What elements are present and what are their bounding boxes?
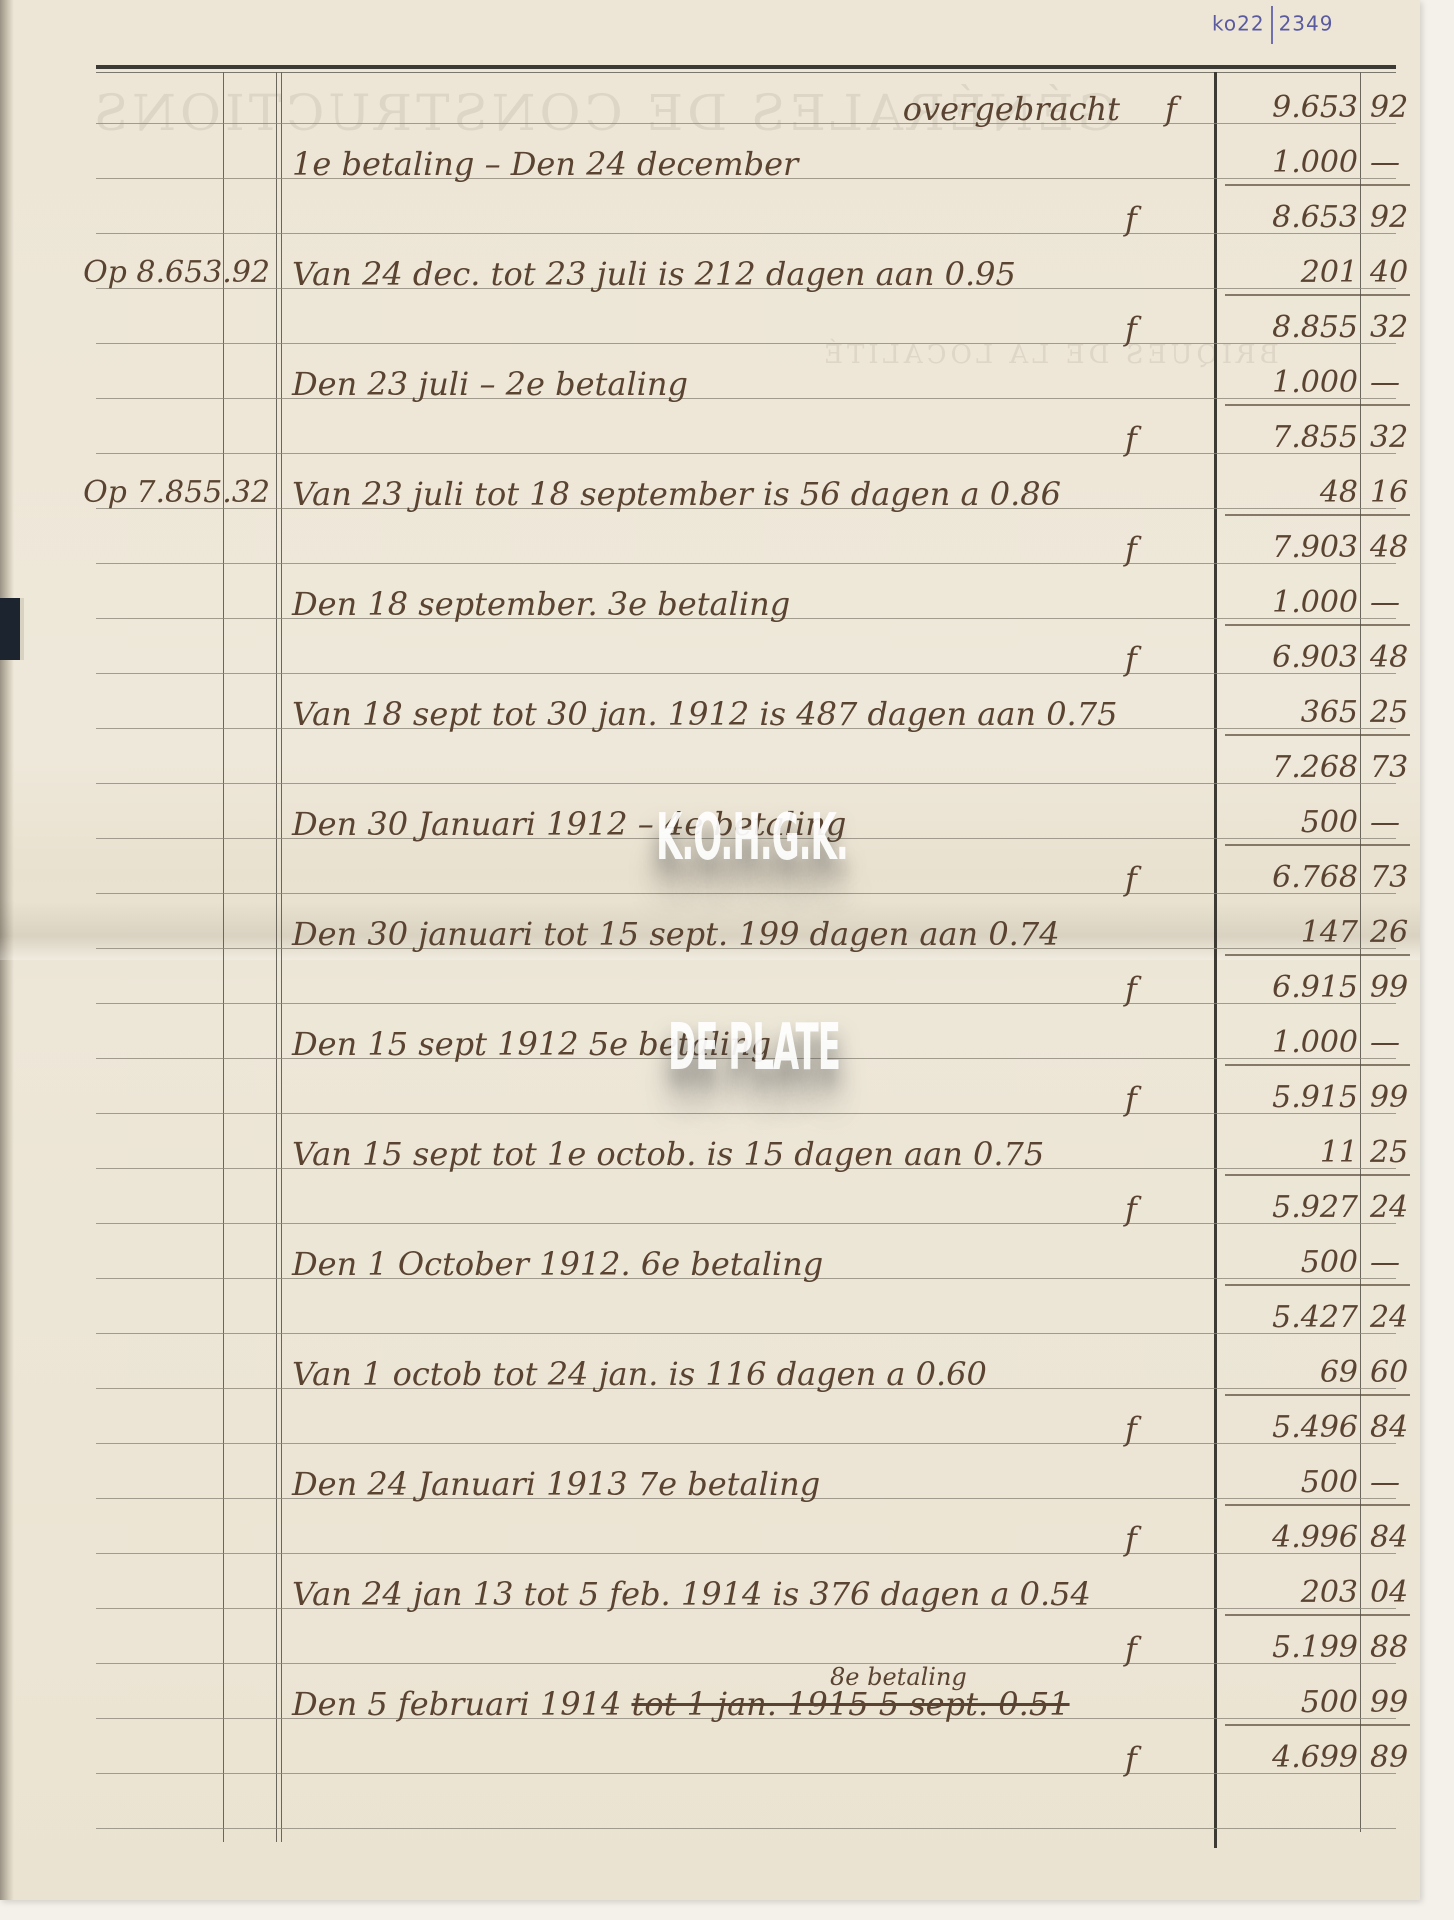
ledger-row-payment: Den 24 Januari 1913 7e betaling 500 —: [0, 1465, 1420, 1519]
amount-cents: 84: [1370, 1520, 1420, 1555]
amount-guilders: 1.000: [1218, 1025, 1358, 1060]
amount-cents: 25: [1370, 695, 1420, 730]
guilder-symbol: f: [1125, 200, 1137, 238]
ledger-row-subtotal: f 6.903 48: [0, 640, 1420, 694]
amount-cents: 26: [1370, 915, 1420, 950]
row-description-text: Den 5 februari 1914: [292, 1685, 621, 1723]
row-description: Van 24 jan 13 tot 5 feb. 1914 is 376 dag…: [292, 1575, 1091, 1613]
guilder-symbol: f: [1125, 530, 1137, 568]
amount-guilders: 500: [1218, 1465, 1358, 1500]
amount-guilders: 203: [1218, 1575, 1358, 1610]
guilder-symbol: f: [1125, 1190, 1137, 1228]
amount-cents: —: [1370, 585, 1420, 620]
row-description: Van 1 octob tot 24 jan. is 116 dagen a 0…: [292, 1355, 987, 1393]
row-description: Van 18 sept tot 30 jan. 1912 is 487 dage…: [292, 695, 1117, 733]
row-description: Den 18 september. 3e betaling: [292, 585, 790, 623]
amount-cents: 25: [1370, 1135, 1420, 1170]
amount-guilders: 9.653: [1218, 90, 1358, 125]
guilder-symbol: f: [1125, 1630, 1137, 1668]
amount-cents: 84: [1370, 1410, 1420, 1445]
row-description: Den 24 Januari 1913 7e betaling: [292, 1465, 820, 1503]
amount-cents: 32: [1370, 310, 1420, 345]
amount-cents: —: [1370, 1245, 1420, 1280]
ledger-row-subtotal: f 8.855 32: [0, 310, 1420, 364]
archive-ref-divider: [1271, 6, 1273, 44]
amount-guilders: 6.903: [1218, 640, 1358, 675]
amount-guilders: 6.768: [1218, 860, 1358, 895]
ledger-row: 1e betaling – Den 24 december 1.000 —: [0, 145, 1420, 199]
top-rule-thin: [96, 72, 1396, 73]
amount-cents: 48: [1370, 640, 1420, 675]
ledger-row-interest: Den 30 januari tot 15 sept. 199 dagen aa…: [0, 915, 1420, 969]
amount-guilders: 1.000: [1218, 145, 1358, 180]
amount-guilders: 147: [1218, 915, 1358, 950]
row-description: Den 23 juli – 2e betaling: [292, 365, 688, 403]
amount-guilders: 5.927: [1218, 1190, 1358, 1225]
amount-cents: —: [1370, 1465, 1420, 1500]
row-description: Den 30 januari tot 15 sept. 199 dagen aa…: [292, 915, 1060, 953]
ledger-row-subtotal: f 7.855 32: [0, 420, 1420, 474]
watermark-top: K.O.H.G.K.: [656, 800, 848, 876]
amount-guilders: 500: [1218, 805, 1358, 840]
guilder-symbol: f: [1125, 1520, 1137, 1558]
amount-guilders: 11: [1218, 1135, 1358, 1170]
amount-guilders: 500: [1218, 1245, 1358, 1280]
amount-cents: 88: [1370, 1630, 1420, 1665]
amount-guilders: 5.915: [1218, 1080, 1358, 1115]
amount-guilders: 7.268: [1218, 750, 1358, 785]
amount-cents: 92: [1370, 90, 1420, 125]
amount-cents: 24: [1370, 1300, 1420, 1335]
ledger-row-subtotal: f 5.927 24: [0, 1190, 1420, 1244]
row-description: Van 24 dec. tot 23 juli is 212 dagen aan…: [292, 255, 1016, 293]
ledger-row-subtotal: f 5.496 84: [0, 1410, 1420, 1464]
top-rule: [96, 65, 1396, 69]
archive-reference: ko222349: [1212, 6, 1333, 44]
amount-cents: 99: [1370, 1080, 1420, 1115]
ledger-sheet: ko222349 GÉNÉRALES DE CONSTRUCTIONS BRIQ…: [0, 0, 1420, 1900]
ledger-row-subtotal: f 5.915 99: [0, 1080, 1420, 1134]
amount-guilders: 4.699: [1218, 1740, 1358, 1775]
ledger-row-subtotal: 5.427 24: [0, 1300, 1420, 1354]
ledger-row-interest: Van 18 sept tot 30 jan. 1912 is 487 dage…: [0, 695, 1420, 749]
row-description: Van 23 juli tot 18 september is 56 dagen…: [292, 475, 1061, 513]
amount-guilders: 4.996: [1218, 1520, 1358, 1555]
amount-cents: —: [1370, 805, 1420, 840]
ledger-row-subtotal: f 4.996 84: [0, 1520, 1420, 1574]
row-description: Van 15 sept tot 1e octob. is 15 dagen aa…: [292, 1135, 1044, 1173]
amount-cents: 24: [1370, 1190, 1420, 1225]
guilder-symbol: f: [1125, 970, 1137, 1008]
margin-note: Op 7.855.32: [40, 475, 270, 510]
guilder-symbol: f: [1125, 310, 1137, 348]
ledger-row-subtotal: f 7.903 48: [0, 530, 1420, 584]
amount-cents: —: [1370, 1025, 1420, 1060]
amount-cents: 99: [1370, 1685, 1420, 1720]
row-description: overgebracht: [903, 90, 1120, 128]
amount-cents: 89: [1370, 1740, 1420, 1775]
ledger-row-interest: Van 15 sept tot 1e octob. is 15 dagen aa…: [0, 1135, 1420, 1189]
amount-guilders: 5.427: [1218, 1300, 1358, 1335]
amount-guilders: 6.915: [1218, 970, 1358, 1005]
ledger-row-subtotal: f 8.653 92: [0, 200, 1420, 254]
guilder-symbol: f: [1165, 90, 1177, 128]
archive-ref-part-2: 2349: [1279, 12, 1334, 36]
amount-cents: 32: [1370, 420, 1420, 455]
row-description: Den 1 October 1912. 6e betaling: [292, 1245, 823, 1283]
ledger-row-payment: Den 18 september. 3e betaling 1.000 —: [0, 585, 1420, 639]
amount-cents: 73: [1370, 750, 1420, 785]
inserted-note: 8e betaling: [830, 1663, 967, 1691]
amount-guilders: 5.496: [1218, 1410, 1358, 1445]
amount-cents: 99: [1370, 970, 1420, 1005]
guilder-symbol: f: [1125, 1080, 1137, 1118]
ledger-row-subtotal: 7.268 73: [0, 750, 1420, 804]
amount-guilders: 5.199: [1218, 1630, 1358, 1665]
amount-cents: 60: [1370, 1355, 1420, 1390]
watermark-bottom: DE PLATE: [668, 1010, 840, 1086]
ledger-row-final-balance: f 4.699 89: [0, 1740, 1420, 1794]
ledger-row-payment-corrected: Den 5 februari 1914 tot 1 jan. 1915 5 se…: [0, 1685, 1420, 1739]
margin-note: Op 8.653.92: [40, 255, 270, 290]
amount-cents: —: [1370, 365, 1420, 400]
amount-guilders: 365: [1218, 695, 1358, 730]
row-description: 1e betaling – Den 24 december: [292, 145, 798, 183]
amount-guilders: 7.903: [1218, 530, 1358, 565]
amount-guilders: 1.000: [1218, 365, 1358, 400]
amount-guilders: 8.855: [1218, 310, 1358, 345]
guilder-symbol: f: [1125, 1740, 1137, 1778]
ruled-line: [96, 1828, 1396, 1829]
guilder-symbol: f: [1125, 420, 1137, 458]
guilder-symbol: f: [1125, 640, 1137, 678]
amount-guilders: 48: [1218, 475, 1358, 510]
amount-cents: —: [1370, 145, 1420, 180]
ledger-row-interest: Van 1 octob tot 24 jan. is 116 dagen a 0…: [0, 1355, 1420, 1409]
archive-ref-part-1: ko22: [1212, 12, 1265, 36]
amount-guilders: 500: [1218, 1685, 1358, 1720]
amount-cents: 40: [1370, 255, 1420, 290]
guilder-symbol: f: [1125, 860, 1137, 898]
ledger-row-interest: Op 7.855.32 Van 23 juli tot 18 september…: [0, 475, 1420, 529]
amount-guilders: 69: [1218, 1355, 1358, 1390]
ledger-row-interest: Van 24 jan 13 tot 5 feb. 1914 is 376 dag…: [0, 1575, 1420, 1629]
amount-guilders: 8.653: [1218, 200, 1358, 235]
ledger-row-subtotal: f 5.199 88: [0, 1630, 1420, 1684]
amount-cents: 04: [1370, 1575, 1420, 1610]
amount-guilders: 1.000: [1218, 585, 1358, 620]
amount-cents: 48: [1370, 530, 1420, 565]
amount-cents: 16: [1370, 475, 1420, 510]
ledger-row-payment: Den 1 October 1912. 6e betaling 500 —: [0, 1245, 1420, 1299]
guilder-symbol: f: [1125, 1410, 1137, 1448]
ledger-row-payment: Den 23 juli – 2e betaling 1.000 —: [0, 365, 1420, 419]
amount-guilders: 201: [1218, 255, 1358, 290]
amount-cents: 73: [1370, 860, 1420, 895]
amount-guilders: 7.855: [1218, 420, 1358, 455]
ledger-row-carried-forward: overgebracht f 9.653 92: [0, 90, 1420, 144]
ledger-row-interest: Op 8.653.92 Van 24 dec. tot 23 juli is 2…: [0, 255, 1420, 309]
amount-cents: 92: [1370, 200, 1420, 235]
